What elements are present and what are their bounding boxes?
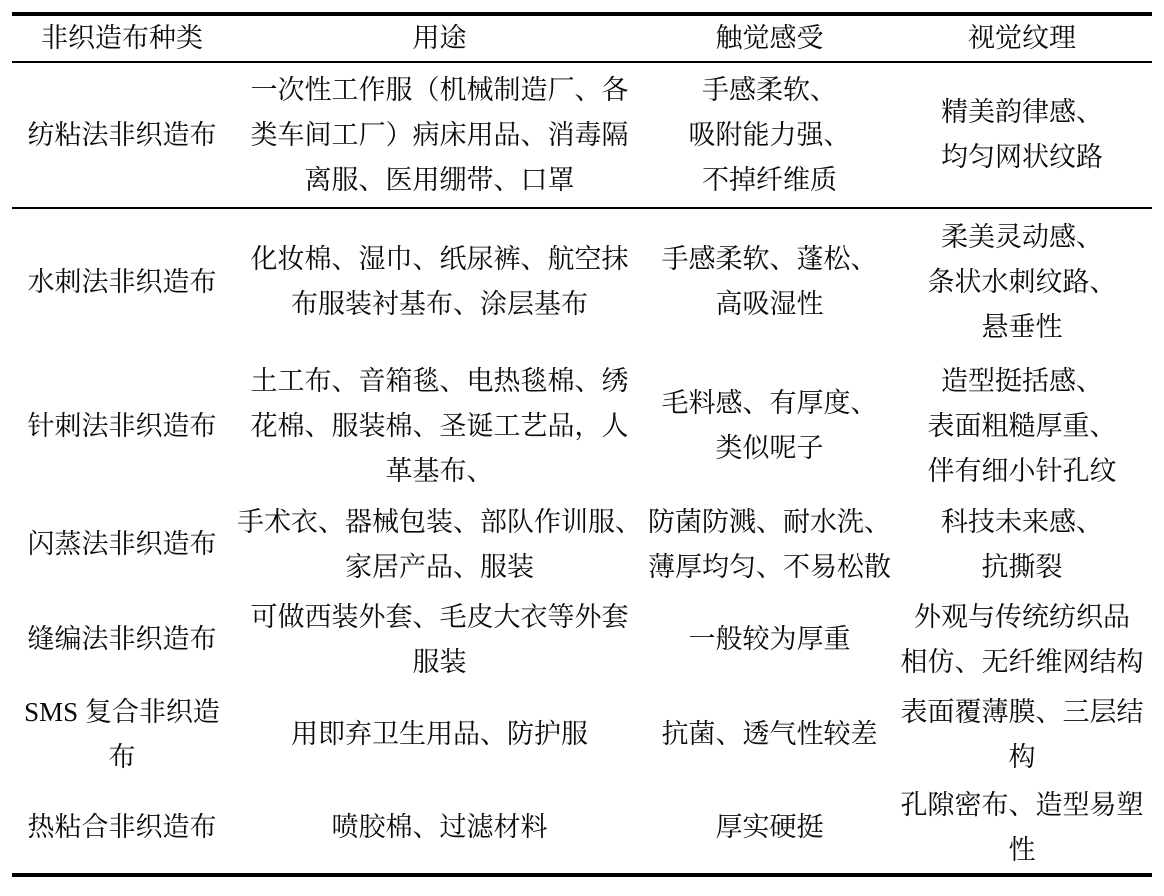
table-row-sms-composite: SMS 复合非织造 布 用即弃卫生用品、防护服 抗菌、透气性较差 表面覆薄膜、三… [12, 687, 1152, 782]
visual-texture-cell: 柔美灵动感、 条状水刺纹路、 悬垂性 [892, 208, 1152, 355]
col-header-tactile-feel: 触觉感受 [647, 14, 892, 62]
tactile-cell: 手感柔软、 吸附能力强、 不掉纤维质 [647, 62, 892, 208]
visual-texture-cell: 精美韵律感、 均匀网状纹路 [892, 62, 1152, 208]
visual-texture-cell: 科技未来感、 抗撕裂 [892, 497, 1152, 592]
uses-cell: 可做西装外套、毛皮大衣等外套 服装 [232, 592, 647, 687]
fabric-type-cell: SMS 复合非织造 布 [12, 687, 232, 782]
col-header-visual-texture: 视觉纹理 [892, 14, 1152, 62]
uses-cell: 喷胶棉、过滤材料 [232, 782, 647, 875]
col-header-uses: 用途 [232, 14, 647, 62]
uses-cell: 用即弃卫生用品、防护服 [232, 687, 647, 782]
fabric-type-cell: 闪蒸法非织造布 [12, 497, 232, 592]
fabric-type-cell: 缝编法非织造布 [12, 592, 232, 687]
uses-cell: 一次性工作服（机械制造厂、各 类车间工厂）病床用品、消毒隔 离服、医用绷带、口罩 [232, 62, 647, 208]
table-row-spunbond: 纺粘法非织造布 一次性工作服（机械制造厂、各 类车间工厂）病床用品、消毒隔 离服… [12, 62, 1152, 208]
tactile-cell: 防菌防溅、耐水洗、 薄厚均匀、不易松散 [647, 497, 892, 592]
uses-cell: 土工布、音箱毯、电热毯棉、绣 花棉、服装棉、圣诞工艺品，人 革基布、 [232, 355, 647, 497]
fabric-type-cell: 热粘合非织造布 [12, 782, 232, 875]
tactile-cell: 抗菌、透气性较差 [647, 687, 892, 782]
table-row-stitchbond: 缝编法非织造布 可做西装外套、毛皮大衣等外套 服装 一般较为厚重 外观与传统纺织… [12, 592, 1152, 687]
fabric-type-cell: 针刺法非织造布 [12, 355, 232, 497]
table-row-needlepunch: 针刺法非织造布 土工布、音箱毯、电热毯棉、绣 花棉、服装棉、圣诞工艺品，人 革基… [12, 355, 1152, 497]
uses-cell: 手术衣、器械包装、部队作训服、 家居产品、服装 [232, 497, 647, 592]
visual-texture-cell: 表面覆薄膜、三层结 构 [892, 687, 1152, 782]
fabric-type-cell: 水刺法非织造布 [12, 208, 232, 355]
visual-texture-cell: 外观与传统纺织品 相仿、无纤维网结构 [892, 592, 1152, 687]
header-row: 非织造布种类 用途 触觉感受 视觉纹理 [12, 14, 1152, 62]
nonwoven-fabric-table: 非织造布种类 用途 触觉感受 视觉纹理 纺粘法非织造布 一次性工作服（机械制造厂… [12, 12, 1152, 877]
table-row-flashspun: 闪蒸法非织造布 手术衣、器械包装、部队作训服、 家居产品、服装 防菌防溅、耐水洗… [12, 497, 1152, 592]
uses-cell: 化妆棉、湿巾、纸尿裤、航空抹 布服装衬基布、涂层基布 [232, 208, 647, 355]
col-header-fabric-type: 非织造布种类 [12, 14, 232, 62]
fabric-type-cell: 纺粘法非织造布 [12, 62, 232, 208]
table-row-spunlace: 水刺法非织造布 化妆棉、湿巾、纸尿裤、航空抹 布服装衬基布、涂层基布 手感柔软、… [12, 208, 1152, 355]
table-row-thermalbond: 热粘合非织造布 喷胶棉、过滤材料 厚实硬挺 孔隙密布、造型易塑 性 [12, 782, 1152, 875]
visual-texture-cell: 孔隙密布、造型易塑 性 [892, 782, 1152, 875]
tactile-cell: 手感柔软、蓬松、 高吸湿性 [647, 208, 892, 355]
visual-texture-cell: 造型挺括感、 表面粗糙厚重、 伴有细小针孔纹 [892, 355, 1152, 497]
tactile-cell: 毛料感、有厚度、 类似呢子 [647, 355, 892, 497]
tactile-cell: 一般较为厚重 [647, 592, 892, 687]
tactile-cell: 厚实硬挺 [647, 782, 892, 875]
